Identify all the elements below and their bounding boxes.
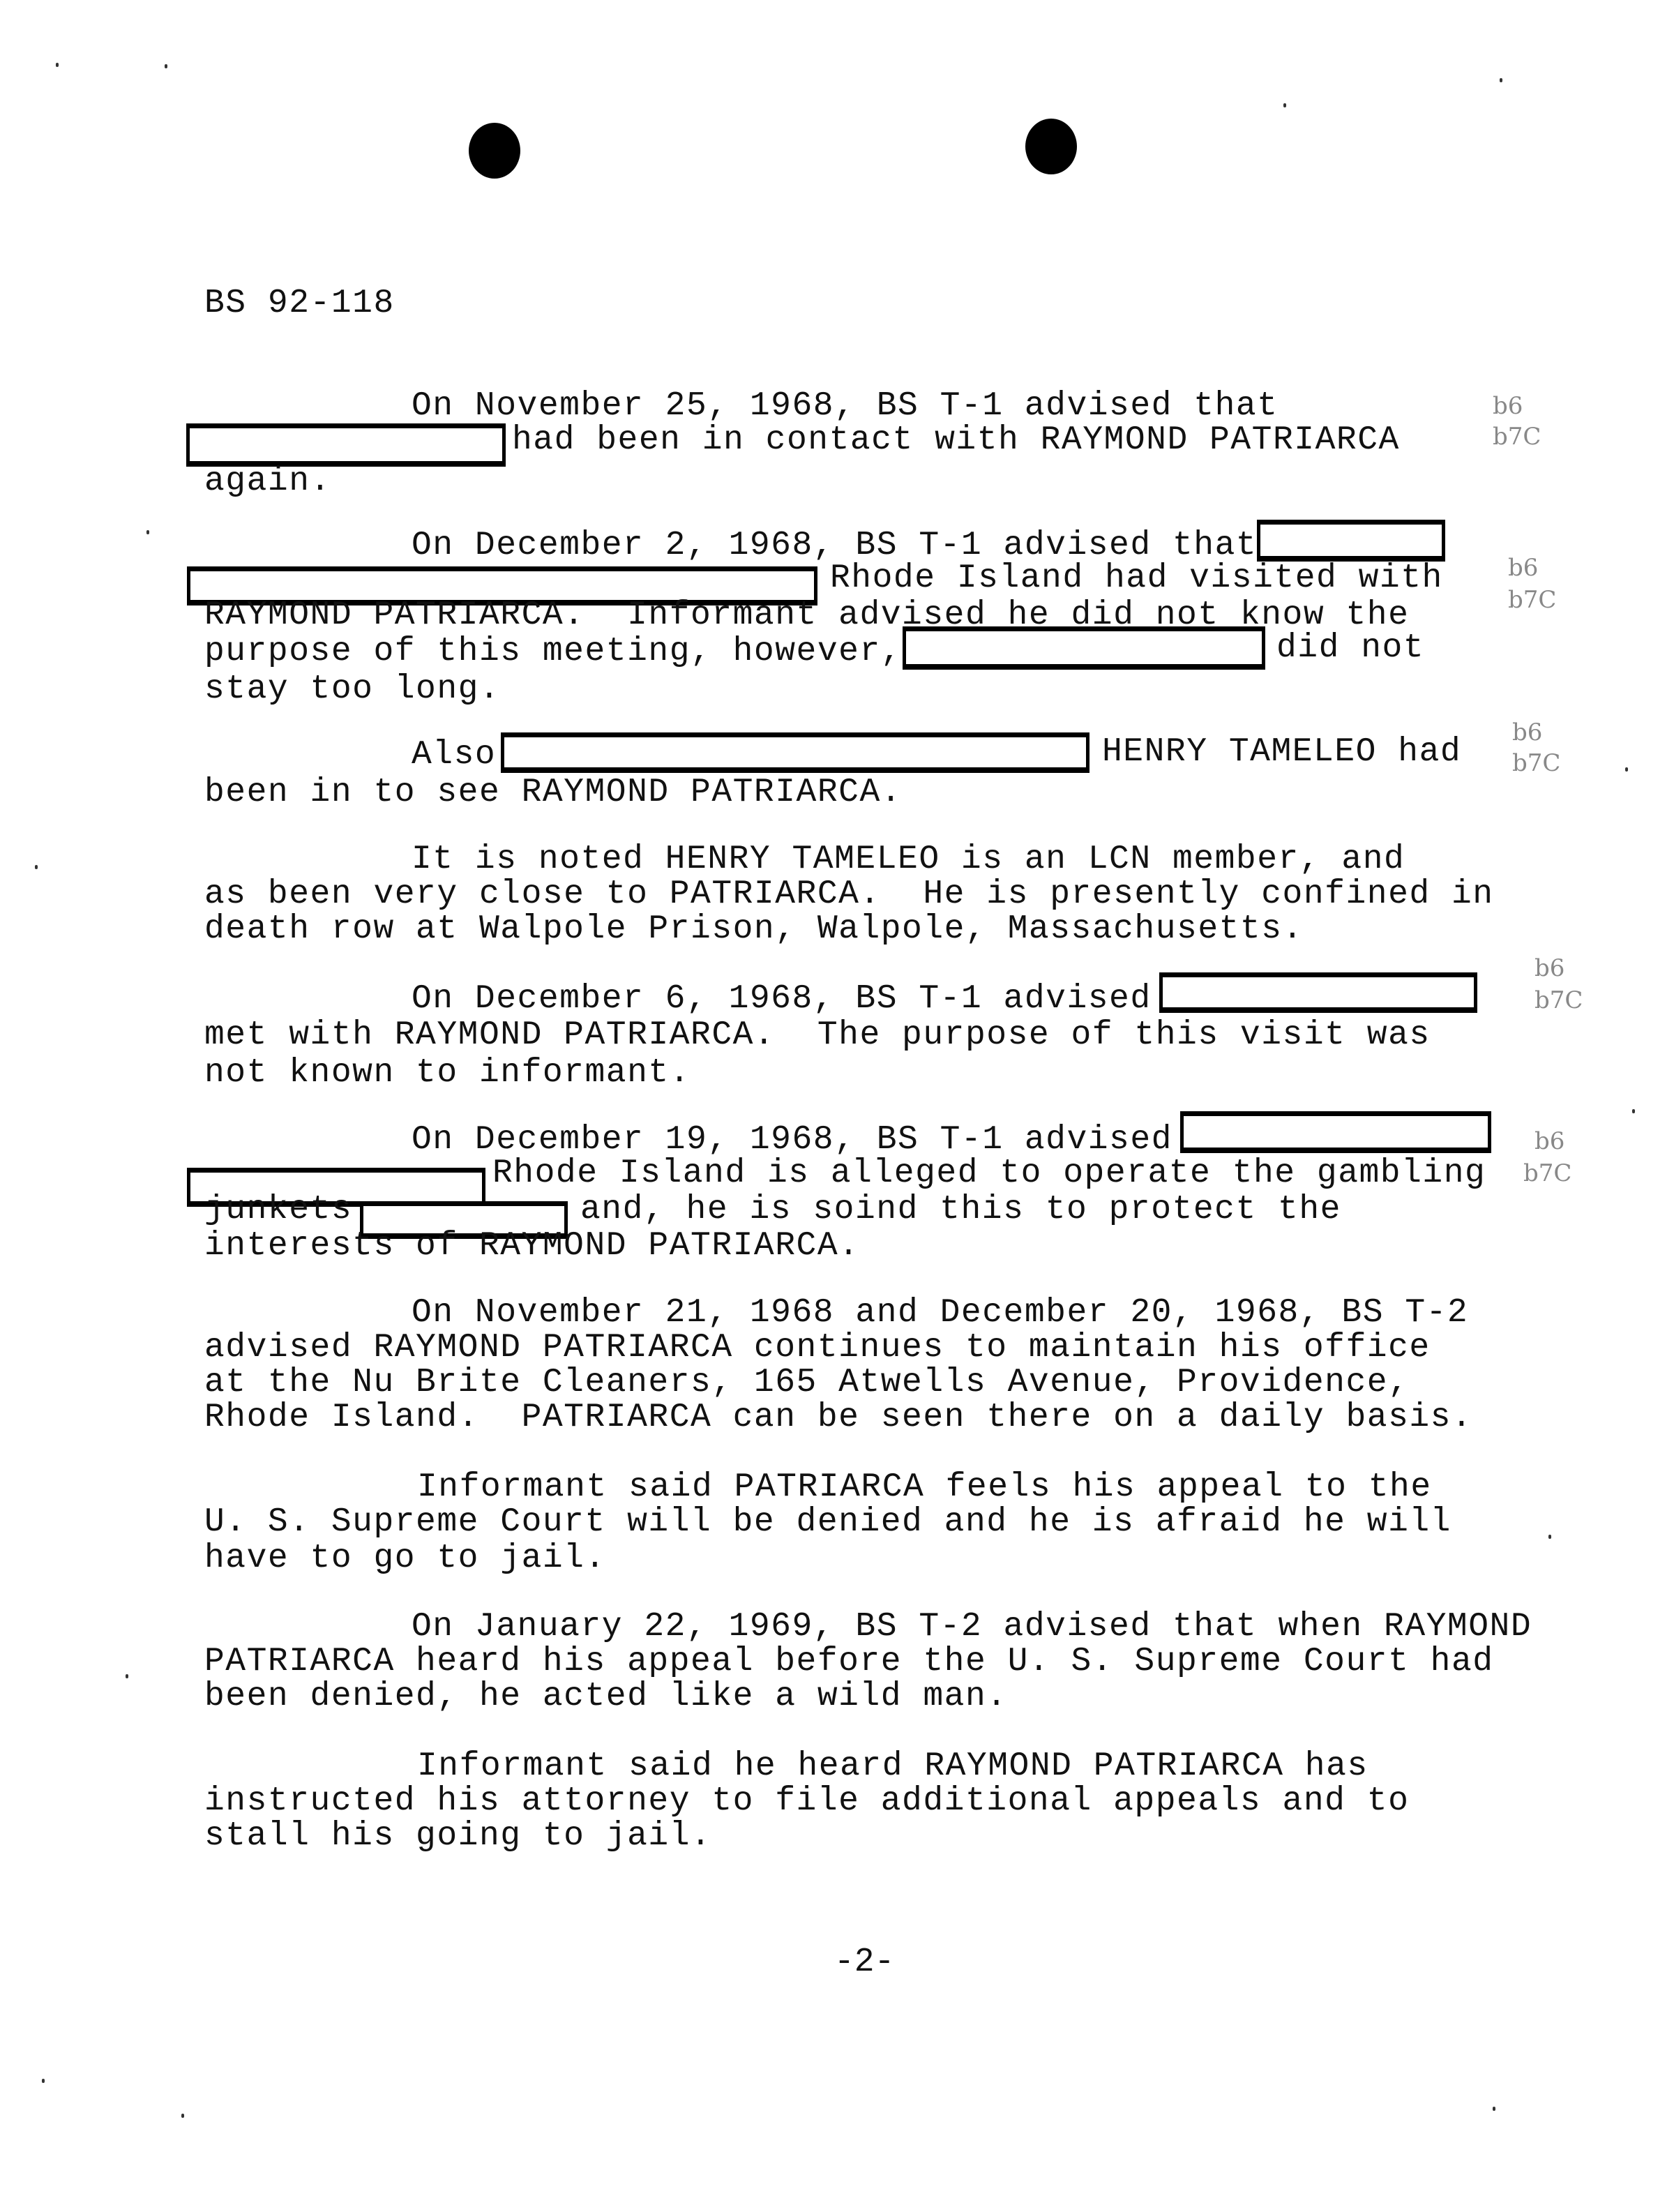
scan-speck <box>1283 103 1286 107</box>
scan-speck <box>1625 767 1628 772</box>
scan-speck <box>126 1674 128 1678</box>
paragraph-line: as been very close to PATRIARCA. He is p… <box>204 876 1494 912</box>
exemption-code-b6: b6 <box>1512 717 1542 748</box>
scan-speck <box>181 2114 184 2118</box>
redaction-box <box>501 732 1089 773</box>
paragraph-line: and, he is soind this to protect the <box>580 1191 1341 1228</box>
paragraph-line: On January 22, 1969, BS T-2 advised that… <box>412 1609 1532 1645</box>
exemption-code-b6: b6 <box>1534 953 1564 984</box>
paragraph-line: stall his going to jail. <box>204 1818 711 1854</box>
paragraph-line: purpose of this meeting, however, <box>204 633 902 670</box>
scan-speck <box>42 2079 45 2083</box>
scan-speck <box>146 530 149 534</box>
scan-speck <box>165 64 167 68</box>
paragraph-line: stay too long. <box>204 671 500 707</box>
paragraph-line: been denied, he acted like a wild man. <box>204 1678 1008 1715</box>
exemption-code-b7c: b7C <box>1512 748 1560 778</box>
exemption-code-b6: b6 <box>1493 391 1523 421</box>
paragraph-line: Also <box>412 737 496 773</box>
paragraph-line: On December 19, 1968, BS T-1 advised <box>412 1122 1172 1158</box>
exemption-code-b6: b6 <box>1508 552 1538 583</box>
paragraph-line: had been in contact with RAYMOND PATRIAR… <box>512 422 1400 458</box>
scan-speck <box>35 865 38 869</box>
scan-speck <box>1500 78 1502 82</box>
scan-speck <box>56 63 59 67</box>
paragraph-line: U. S. Supreme Court will be denied and h… <box>204 1504 1451 1540</box>
paragraph-line: On November 21, 1968 and December 20, 19… <box>412 1295 1468 1331</box>
paragraph-line: again. <box>204 463 331 499</box>
paragraph-line: at the Nu Brite Cleaners, 165 Atwells Av… <box>204 1364 1409 1401</box>
document-page: BS 92-118 On November 25, 1968, BS T-1 a… <box>0 0 1674 2212</box>
redaction-box <box>1257 520 1445 562</box>
exemption-code-b7c: b7C <box>1534 985 1583 1016</box>
page-number: -2- <box>834 1943 894 1981</box>
paragraph-line: Informant said he heard RAYMOND PATRIARC… <box>417 1748 1368 1784</box>
scan-speck <box>1548 1535 1551 1539</box>
scan-speck <box>1493 2107 1495 2111</box>
paragraph-line: On November 25, 1968, BS T-1 advised tha… <box>412 388 1279 424</box>
paragraph-line: have to go to jail. <box>204 1540 606 1577</box>
paragraph-line: Rhode Island. PATRIARCA can be seen ther… <box>204 1399 1472 1436</box>
paragraph-line: not known to informant. <box>204 1055 691 1091</box>
paragraph-line: been in to see RAYMOND PATRIARCA. <box>204 774 902 811</box>
paragraph-line: Rhode Island had visited with <box>830 560 1443 596</box>
exemption-code-b7c: b7C <box>1493 421 1541 452</box>
redaction-box <box>186 423 506 467</box>
paragraph-line: did not <box>1276 630 1424 666</box>
paragraph-line: It is noted HENRY TAMELEO is an LCN memb… <box>412 841 1405 878</box>
paragraph-line: death row at Walpole Prison, Walpole, Ma… <box>204 911 1304 947</box>
paragraph-line: Informant said PATRIARCA feels his appea… <box>417 1469 1432 1505</box>
punch-hole-right-icon <box>1025 119 1077 174</box>
paragraph-line: advised RAYMOND PATRIARCA continues to m… <box>204 1330 1431 1366</box>
paragraph-line: HENRY TAMELEO had <box>1102 734 1461 770</box>
paragraph-line: interests of RAYMOND PATRIARCA. <box>204 1228 859 1264</box>
paragraph-line: On December 2, 1968, BS T-1 advised that <box>412 527 1257 564</box>
exemption-code-b7c: b7C <box>1523 1158 1571 1189</box>
exemption-code-b7c: b7C <box>1508 585 1556 615</box>
file-number: BS 92-118 <box>204 285 395 322</box>
paragraph-line: junkets <box>204 1191 352 1228</box>
redaction-box <box>903 626 1265 670</box>
paragraph-line: met with RAYMOND PATRIARCA. The purpose … <box>204 1017 1431 1053</box>
redaction-box <box>1180 1111 1491 1153</box>
paragraph-line: Rhode Island is alleged to operate the g… <box>492 1155 1486 1191</box>
exemption-code-b6: b6 <box>1534 1126 1564 1157</box>
paragraph-line: instructed his attorney to file addition… <box>204 1783 1409 1819</box>
scan-speck <box>1632 1109 1635 1113</box>
redaction-box <box>1159 972 1477 1013</box>
punch-hole-left-icon <box>469 123 520 179</box>
paragraph-line: PATRIARCA heard his appeal before the U.… <box>204 1643 1494 1680</box>
paragraph-line: On December 6, 1968, BS T-1 advised <box>412 981 1152 1017</box>
